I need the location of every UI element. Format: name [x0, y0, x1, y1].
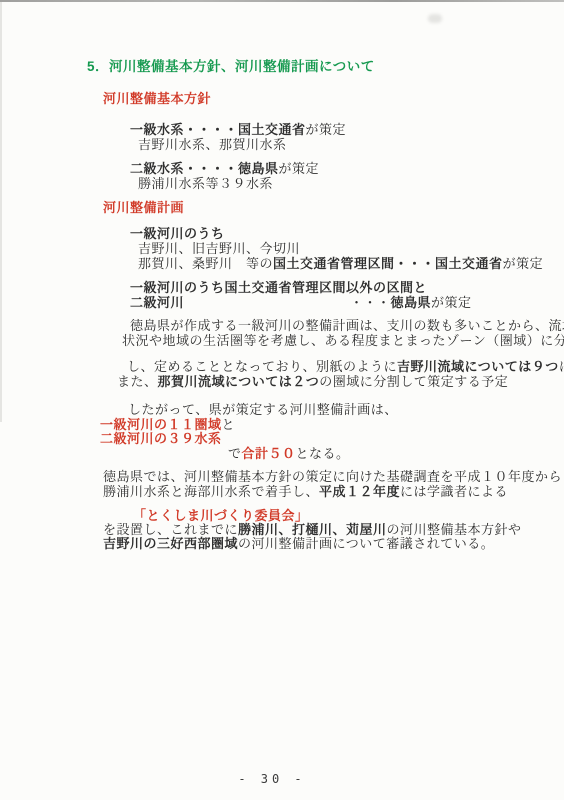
keikaku-line-ikkyu-kasen: 一級河川のうち — [130, 226, 225, 241]
hoshin-line-ikkyu-suikei: 一級水系・・・・国土交通省が策定 — [130, 122, 346, 137]
scan-edge-artifact-top — [0, 0, 564, 2]
keikaku-line5-dots: ・・・ — [350, 295, 391, 310]
keikaku-line3-dots: ・・・ — [395, 256, 436, 271]
zone-line3-normal2: に、 — [559, 359, 564, 374]
section-title: 5．河川整備基本方針、河川整備計画について — [87, 59, 375, 74]
zone-line3-normal1: し、定めることとなっており、別紙のように — [127, 359, 397, 374]
survey-line3-normal1: を設置し、これまでに — [103, 522, 238, 537]
survey-line4-normal: の河川整備計画について審議されている。 — [238, 536, 494, 551]
keikaku-line-igai-kukan: 一級河川のうち国土交通省管理区間以外の区間と — [130, 280, 427, 295]
hoshin-line3-bold: 二級水系・・・・徳島県 — [130, 161, 279, 176]
page-number: - 30 - — [0, 772, 554, 787]
survey-line3-bold: 勝浦川、打樋川、苅屋川 — [238, 522, 387, 537]
survey-paragraph-line2: 勝浦川水系と海部川水系で着手し、平成１２年度には学識者による — [103, 484, 508, 499]
zone-line4-normal1: また、 — [117, 374, 158, 389]
summary-item2-red: 二級河川の３９水系 — [100, 431, 222, 446]
summary-total-head: で — [228, 446, 242, 461]
survey-paragraph-line1: 徳島県では、河川整備基本方針の策定に向けた基礎調査を平成１０年度から — [103, 469, 562, 484]
keikaku-line5-bold1: 二級河川 — [130, 295, 184, 310]
summary-total-tail: となる。 — [296, 446, 350, 461]
keikaku-line-rivers: 吉野川、旧吉野川、今切川 — [138, 241, 300, 256]
hoshin-line1-normal: が策定 — [306, 122, 347, 137]
keikaku-line3-bold2: 国土交通省 — [435, 256, 503, 271]
heading-seibi-keikaku: 河川整備計画 — [103, 200, 184, 215]
keikaku-line-kanri-kukan: 那賀川、桑野川 等の国土交通省管理区間・・・国土交通省が策定 — [138, 256, 543, 271]
survey-line2-normal2: には学識者による — [400, 484, 508, 499]
survey-line2-normal1: 勝浦川水系と海部川水系で着手し、 — [103, 484, 319, 499]
hoshin-line-nikyu-suikei: 二級水系・・・・徳島県が策定 — [130, 161, 319, 176]
survey-paragraph-line4: 吉野川の三好西部圏域の河川整備計画について審議されている。 — [103, 536, 494, 551]
summary-item-ikkyu: 一級河川の１１圏域と — [100, 417, 235, 432]
summary-intro-line: したがって、県が策定する河川整備計画は、 — [128, 402, 398, 417]
scanned-document-page: 5．河川整備基本方針、河川整備計画について 河川整備基本方針 一級水系・・・・国… — [0, 0, 564, 800]
zone-paragraph-line4: また、那賀川流域については２つの圏域に分割して策定する予定 — [117, 374, 508, 389]
summary-total-line: で合計５０となる。 — [228, 446, 350, 461]
keikaku-line3-normal1: 那賀川、桑野川 等の — [138, 256, 273, 271]
survey-line3-normal2: の河川整備基本方針や — [387, 522, 522, 537]
summary-item1-tail: と — [222, 417, 236, 432]
survey-line4-bold: 吉野川の三好西部圏域 — [103, 536, 238, 551]
summary-item-nikyu: 二級河川の３９水系 — [100, 431, 222, 446]
survey-line2-bold: 平成１２年度 — [319, 484, 400, 499]
hoshin-line1-bold: 一級水系・・・・国土交通省 — [130, 122, 306, 137]
keikaku-line5-normal: が策定 — [431, 295, 472, 310]
keikaku-line5-bold2: 徳島県 — [391, 295, 432, 310]
hoshin-line-katsuuragawa: 勝浦川水系等３９水系 — [138, 176, 273, 191]
zone-paragraph-line1: 徳島県が作成する一級河川の整備計画は、支川の数も多いことから、流域の — [130, 318, 564, 333]
zone-paragraph-line2: 状況や地域の生活圏等を考慮し、ある程度まとまったゾーン（圏域）に分割 — [122, 333, 564, 348]
keikaku-line3-normal2: が策定 — [503, 256, 544, 271]
zone-line4-normal2: の圏域に分割して策定する予定 — [319, 374, 508, 389]
scan-smudge-artifact — [428, 14, 442, 23]
hoshin-line3-normal: が策定 — [279, 161, 320, 176]
scan-edge-artifact-left — [0, 2, 2, 422]
survey-paragraph-line3: を設置し、これまでに勝浦川、打樋川、苅屋川の河川整備基本方針や — [103, 522, 522, 537]
committee-name: 「とくしま川づくり委員会」 — [133, 508, 309, 523]
zone-paragraph-line3: し、定めることとなっており、別紙のように吉野川流域については９つに、 — [127, 359, 564, 374]
heading-kihon-hoshin: 河川整備基本方針 — [103, 91, 211, 106]
hoshin-line-yoshinogawa: 吉野川水系、那賀川水系 — [138, 137, 287, 152]
zone-line3-bold: 吉野川流域については９つ — [397, 359, 559, 374]
summary-total-red: 合計５０ — [242, 446, 296, 461]
keikaku-line-nikyu-kasen: 二級河川・・・徳島県が策定 — [130, 295, 472, 310]
keikaku-line3-bold1: 国土交通省管理区間 — [273, 256, 395, 271]
summary-item1-red: 一級河川の１１圏域 — [100, 417, 222, 432]
zone-line4-bold: 那賀川流域については２つ — [158, 374, 320, 389]
